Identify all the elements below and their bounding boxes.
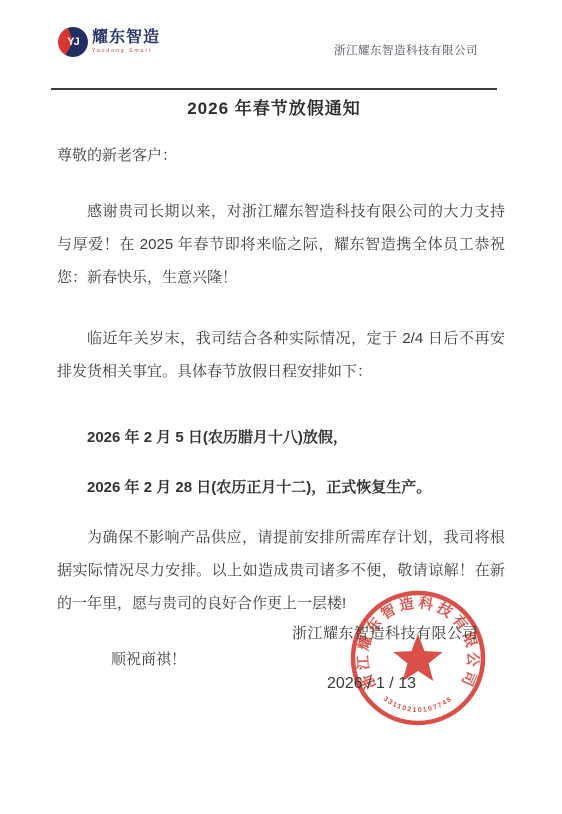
logo-circle-icon: YJ	[58, 27, 88, 57]
greeting-line: 尊敬的新老客户：	[57, 139, 505, 172]
header-divider	[51, 88, 497, 90]
logo-brand-subtitle: Yaodong Smart	[92, 48, 160, 54]
notice-document: YJ 耀东智造 Yaodong Smart 浙江耀东智造科技有限公司 2026 …	[0, 0, 562, 814]
seal-serial-number: 33110210107748	[382, 695, 454, 714]
page-title: 2026 年春节放假通知	[51, 94, 497, 119]
company-seal-stamp: 浙江耀东智造科技有限公司 33110210107748	[348, 588, 488, 728]
signature-date: 2026 / 1 / 13	[327, 675, 416, 693]
holiday-end-line: 2026 年 2 月 28 日(农历正月十二)，正式恢复生产。	[57, 471, 505, 504]
signature-company-name: 浙江耀东智造科技有限公司	[292, 622, 478, 643]
paragraph-arrangement: 临近年关岁末，我司结合各种实际情况，定于 2/4 日后不再安排发货相关事宜。具体…	[57, 322, 505, 388]
header-company-name: 浙江耀东智造科技有限公司	[334, 42, 478, 58]
logo-brand-name: 耀东智造	[92, 30, 160, 46]
paragraph-thanks: 感谢贵司长期以来，对浙江耀东智造科技有限公司的大力支持与厚爱！在 2025 年春…	[57, 195, 505, 294]
holiday-start-line: 2026 年 2 月 5 日(农历腊月十八)放假，	[57, 421, 505, 454]
company-logo: YJ 耀东智造 Yaodong Smart	[58, 27, 160, 57]
svg-text:33110210107748: 33110210107748	[382, 695, 454, 714]
